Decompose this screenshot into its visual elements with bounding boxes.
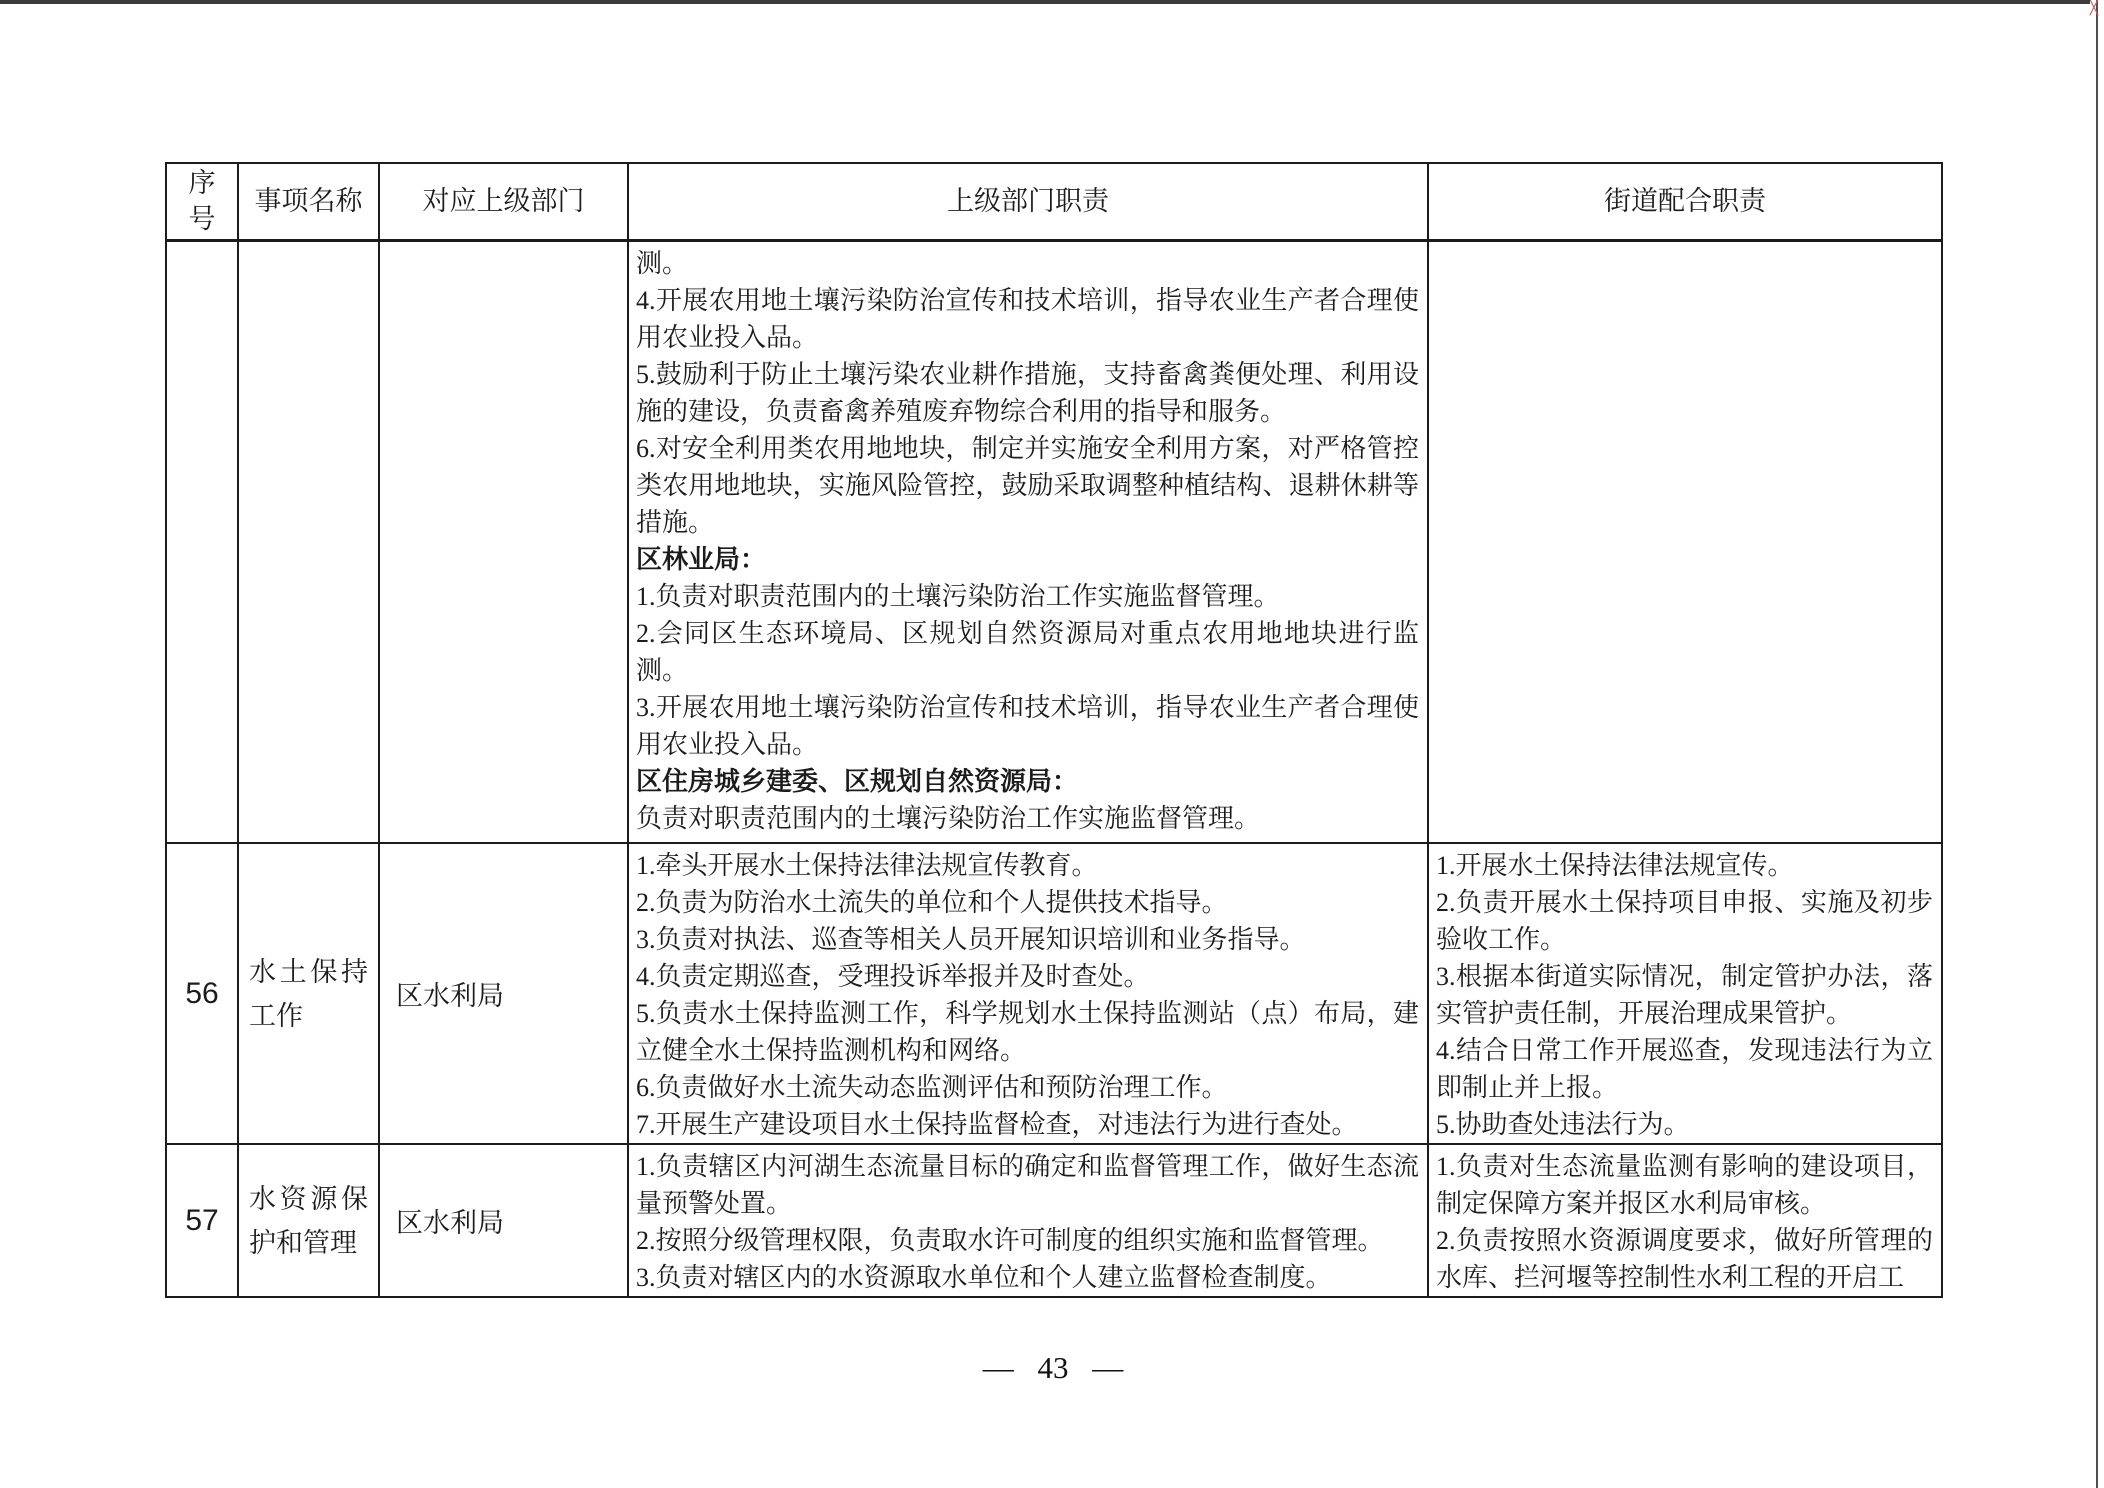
scan-right-edge: [2096, 0, 2098, 1488]
duty-paragraph: 2.按照分级管理权限，负责取水许可制度的组织实施和监督管理。: [636, 1222, 1419, 1259]
cell-seq: [166, 240, 238, 843]
cell-street-duties: [1428, 240, 1942, 843]
duty-paragraph: 1.负责对职责范围内的土壤污染防治工作实施监督管理。: [636, 578, 1419, 615]
duty-paragraph: 3.开展农用地土壤污染防治宣传和技术培训，指导农业生产者合理使用农业投入品。: [636, 689, 1419, 763]
column-header-item-name: 事项名称: [238, 163, 379, 240]
scan-corner-mark: ╳: [2086, 0, 2102, 16]
duty-paragraph: 2.负责按照水资源调度要求，做好所管理的水库、拦河堰等控制性水利工程的开启工: [1436, 1222, 1933, 1296]
column-header-label: 事项名称: [255, 186, 363, 216]
cell-superior-duties: 测。4.开展农用地土壤污染防治宣传和技术培训，指导农业生产者合理使用农业投入品。…: [628, 240, 1428, 843]
column-header-superior-duties: 上级部门职责: [628, 163, 1428, 240]
duty-paragraph: 测。: [636, 245, 1419, 282]
cell-department: 区水利局: [379, 1144, 628, 1297]
column-header-label: 上级部门职责: [947, 186, 1109, 216]
column-header-street-duties: 街道配合职责: [1428, 163, 1942, 240]
duty-paragraph: 3.负责对执法、巡查等相关人员开展知识培训和业务指导。: [636, 921, 1419, 958]
cell-street-duties: 1.负责对生态流量监测有影响的建设项目，制定保障方案并报区水利局审核。2.负责按…: [1428, 1144, 1942, 1297]
duty-paragraph: 6.对安全利用类农用地地块，制定并实施安全利用方案，对严格管控类农用地地块，实施…: [636, 430, 1419, 541]
column-header-department: 对应上级部门: [379, 163, 628, 240]
duty-paragraph: 4.负责定期巡查，受理投诉举报并及时查处。: [636, 958, 1419, 995]
duty-paragraph: 7.开展生产建设项目水土保持监督检查，对违法行为进行查处。: [636, 1106, 1419, 1143]
duty-paragraph: 2.会同区生态环境局、区规划自然资源局对重点农用地地块进行监测。: [636, 615, 1419, 689]
duty-paragraph: 2.负责为防治水土流失的单位和个人提供技术指导。: [636, 884, 1419, 921]
cell-superior-duties: 1.牵头开展水土保持法律法规宣传教育。2.负责为防治水土流失的单位和个人提供技术…: [628, 843, 1428, 1144]
cell-seq: 56: [166, 843, 238, 1144]
cell-department: 区水利局: [379, 843, 628, 1144]
cell-item-name: 水资源保护和管理: [238, 1144, 379, 1297]
cell-item-name: 水土保持工作: [238, 843, 379, 1144]
duty-paragraph: 5.负责水土保持监测工作，科学规划水土保持监测站（点）布局，建立健全水土保持监测…: [636, 995, 1419, 1069]
table-header-row: 序号 事项名称 对应上级部门 上级部门职责 街道配合职责: [166, 163, 1942, 240]
duty-paragraph: 负责对职责范围内的土壤污染防治工作实施监督管理。: [636, 800, 1419, 837]
duty-paragraph: 区住房城乡建委、区规划自然资源局：: [636, 763, 1419, 800]
duty-paragraph: 1.开展水土保持法律法规宣传。: [1436, 847, 1933, 884]
duty-paragraph: 4.结合日常工作开展巡查，发现违法行为立即制止并上报。: [1436, 1032, 1933, 1106]
duties-table: 序号 事项名称 对应上级部门 上级部门职责 街道配合职责 测。4.开展农用地土壤…: [165, 162, 1943, 1298]
duty-paragraph: 5.鼓励利于防止土壤污染农业耕作措施，支持畜禽粪便处理、利用设施的建设，负责畜禽…: [636, 356, 1419, 430]
cell-seq: 57: [166, 1144, 238, 1297]
column-header-label: 序号: [189, 168, 216, 234]
duty-paragraph: 3.根据本街道实际情况，制定管护办法，落实管护责任制，开展治理成果管护。: [1436, 958, 1933, 1032]
duty-paragraph: 1.负责辖区内河湖生态流量目标的确定和监督管理工作，做好生态流量预警处置。: [636, 1148, 1419, 1222]
table-row: 测。4.开展农用地土壤污染防治宣传和技术培训，指导农业生产者合理使用农业投入品。…: [166, 240, 1942, 843]
column-header-label: 街道配合职责: [1604, 186, 1766, 216]
duty-paragraph: 1.牵头开展水土保持法律法规宣传教育。: [636, 847, 1419, 884]
page-number: — 43 —: [165, 1350, 1941, 1386]
table-row: 56水土保持工作区水利局1.牵头开展水土保持法律法规宣传教育。2.负责为防治水土…: [166, 843, 1942, 1144]
duty-paragraph: 2.负责开展水土保持项目申报、实施及初步验收工作。: [1436, 884, 1933, 958]
duty-paragraph: 3.负责对辖区内的水资源取水单位和个人建立监督检查制度。: [636, 1259, 1419, 1296]
duty-paragraph: 区林业局：: [636, 541, 1419, 578]
scan-top-edge: [0, 0, 2090, 4]
cell-department: [379, 240, 628, 843]
cell-superior-duties: 1.负责辖区内河湖生态流量目标的确定和监督管理工作，做好生态流量预警处置。2.按…: [628, 1144, 1428, 1297]
cell-street-duties: 1.开展水土保持法律法规宣传。2.负责开展水土保持项目申报、实施及初步验收工作。…: [1428, 843, 1942, 1144]
duty-paragraph: 6.负责做好水土流失动态监测评估和预防治理工作。: [636, 1069, 1419, 1106]
duty-paragraph: 4.开展农用地土壤污染防治宣传和技术培训，指导农业生产者合理使用农业投入品。: [636, 282, 1419, 356]
duty-paragraph: 1.负责对生态流量监测有影响的建设项目，制定保障方案并报区水利局审核。: [1436, 1148, 1933, 1222]
cell-item-name: [238, 240, 379, 843]
duty-paragraph: 5.协助查处违法行为。: [1436, 1106, 1933, 1143]
table-body: 测。4.开展农用地土壤污染防治宣传和技术培训，指导农业生产者合理使用农业投入品。…: [166, 240, 1942, 1297]
table-row: 57水资源保护和管理区水利局1.负责辖区内河湖生态流量目标的确定和监督管理工作，…: [166, 1144, 1942, 1297]
column-header-label: 对应上级部门: [423, 186, 585, 216]
column-header-seq: 序号: [166, 163, 238, 240]
